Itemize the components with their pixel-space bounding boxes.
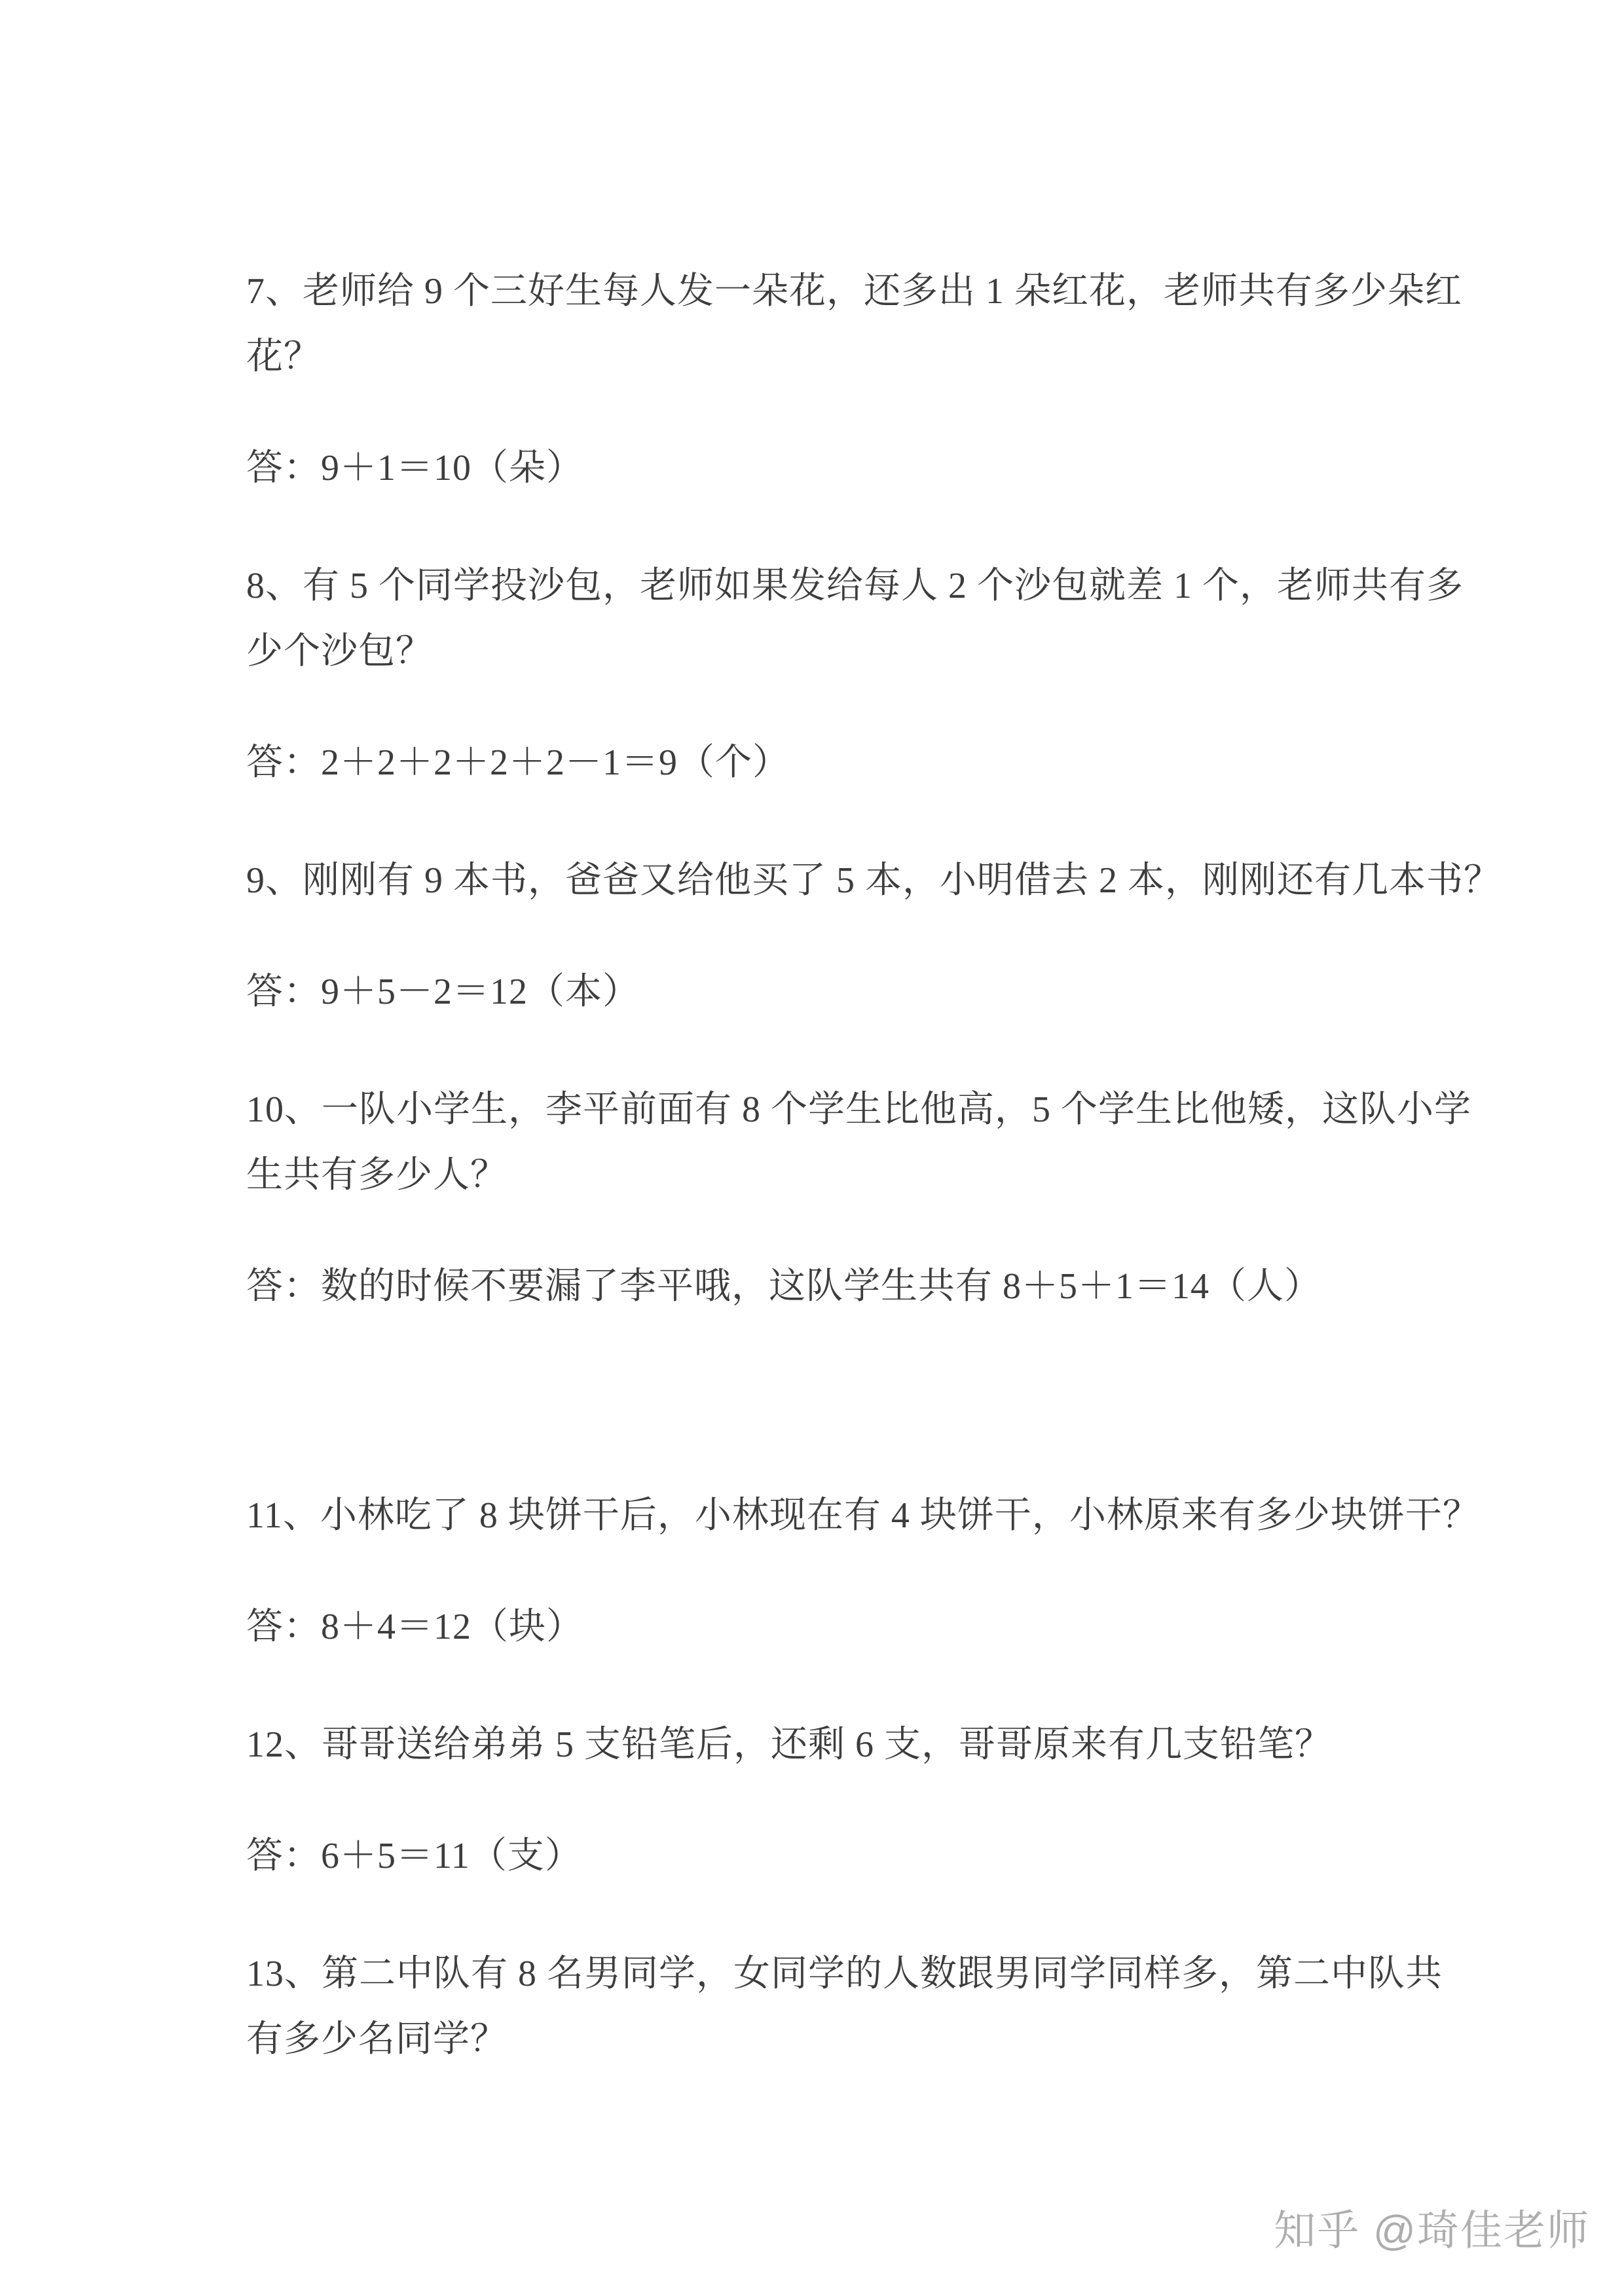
- problem-list: 7、老师给 9 个三好生每人发一朵花，还多出 1 朵红花，老师共有多少朵红花？答…: [246, 259, 1399, 2118]
- worksheet-page: 7、老师给 9 个三好生每人发一朵花，还多出 1 朵红花，老师共有多少朵红花？答…: [0, 0, 1624, 2296]
- question-8: 8、有 5 个同学投沙包，老师如果发给每人 2 个沙包就差 1 个，老师共有多少…: [246, 553, 1399, 684]
- answer-10: 答：数的时候不要漏了李平哦，这队学生共有 8＋5＋1＝14（人）: [246, 1254, 1399, 1319]
- answer-12: 答：6＋5＝11（支）: [246, 1823, 1399, 1889]
- watermark: 知乎 @琦佳老师: [1274, 2208, 1590, 2253]
- question-10-line-1: 10、一队小学生，李平前面有 8 个学生比他高，5 个学生比他矮，这队小学: [246, 1077, 1399, 1142]
- question-7-line-1: 7、老师给 9 个三好生每人发一朵花，还多出 1 朵红花，老师共有多少朵红: [246, 259, 1399, 324]
- question-9-line-1: 9、刚刚有 9 本书，爸爸又给他买了 5 本，小明借去 2 本，刚刚还有几本书？: [246, 848, 1399, 913]
- question-9: 9、刚刚有 9 本书，爸爸又给他买了 5 本，小明借去 2 本，刚刚还有几本书？: [246, 848, 1399, 913]
- question-13-line-2: 有多少名同学？: [246, 2007, 1399, 2072]
- question-11: 11、小林吃了 8 块饼干后，小林现在有 4 块饼干，小林原来有多少块饼干？: [246, 1483, 1399, 1548]
- answer-8: 答：2＋2＋2＋2＋2－1＝9（个）: [246, 730, 1399, 795]
- question-13-line-1: 13、第二中队有 8 名男同学，女同学的人数跟男同学同样多，第二中队共: [246, 1941, 1399, 2007]
- question-10-line-2: 生共有多少人？: [246, 1142, 1399, 1208]
- question-12: 12、哥哥送给弟弟 5 支铅笔后，还剩 6 支，哥哥原来有几支铅笔？: [246, 1712, 1399, 1777]
- question-8-line-1: 8、有 5 个同学投沙包，老师如果发给每人 2 个沙包就差 1 个，老师共有多: [246, 553, 1399, 619]
- question-10: 10、一队小学生，李平前面有 8 个学生比他高，5 个学生比他矮，这队小学生共有…: [246, 1077, 1399, 1208]
- answer-7: 答：9＋1＝10（朵）: [246, 435, 1399, 501]
- question-13: 13、第二中队有 8 名男同学，女同学的人数跟男同学同样多，第二中队共有多少名同…: [246, 1941, 1399, 2072]
- answer-11: 答：8＋4＝12（块）: [246, 1594, 1399, 1660]
- watermark-text: 知乎 @琦佳老师: [1274, 2207, 1590, 2254]
- question-12-line-1: 12、哥哥送给弟弟 5 支铅笔后，还剩 6 支，哥哥原来有几支铅笔？: [246, 1712, 1399, 1777]
- answer-9: 答：9＋5－2＝12（本）: [246, 959, 1399, 1025]
- question-11-line-1: 11、小林吃了 8 块饼干后，小林现在有 4 块饼干，小林原来有多少块饼干？: [246, 1483, 1399, 1548]
- question-8-line-2: 少个沙包？: [246, 619, 1399, 684]
- question-7-line-2: 花？: [246, 324, 1399, 390]
- question-7: 7、老师给 9 个三好生每人发一朵花，还多出 1 朵红花，老师共有多少朵红花？: [246, 259, 1399, 390]
